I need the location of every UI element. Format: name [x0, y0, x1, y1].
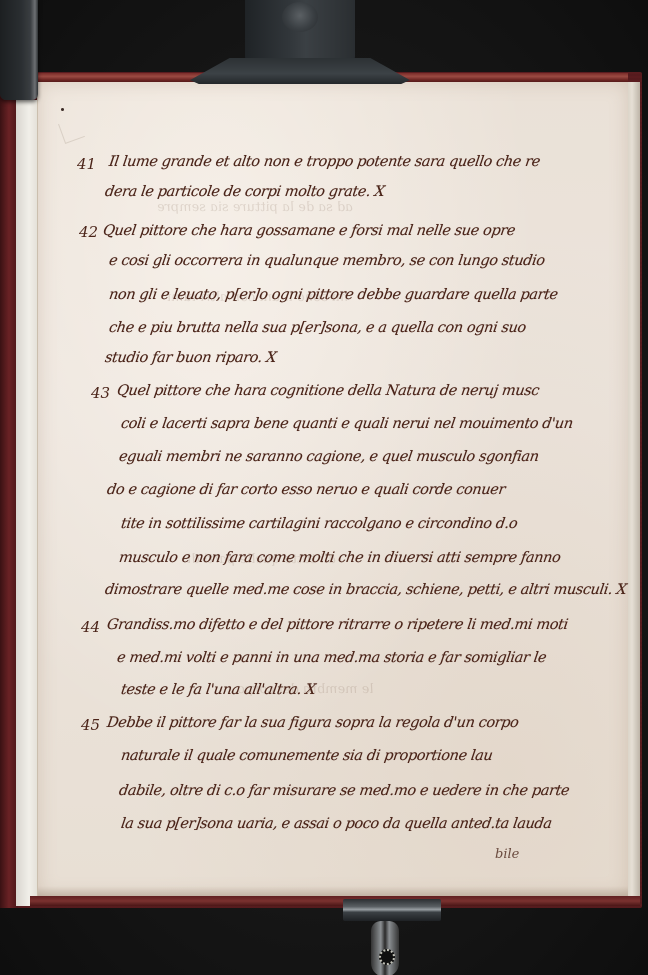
manuscript-line: Quel pittore che hara gossamane e forsi …: [102, 223, 516, 239]
manuscript-line: tite in sottilissime cartilagini raccolg…: [120, 516, 519, 532]
manuscript-line: musculo e non fara come molti che in diu…: [118, 550, 562, 566]
manuscript-line: dimostrare quelle med.me cose in braccia…: [104, 582, 628, 598]
manuscript-line: Il lume grande et alto non e troppo pote…: [108, 154, 541, 170]
manuscript-line: e med.mi volti e panni in una med.ma sto…: [116, 650, 547, 666]
manuscript-line: teste e le fa l'una all'altra. X: [120, 682, 317, 698]
manuscript-line: naturale il quale comunemente sia di pro…: [120, 748, 494, 764]
manuscript-line: che e piu brutta nella sua p[er]sona, e …: [108, 320, 527, 336]
manuscript-line: studio far buon riparo. X: [104, 350, 277, 366]
flyleaf-left-edge: [16, 100, 38, 906]
bottom-page-clip: [343, 899, 441, 975]
faint-corner-mark: [58, 117, 85, 144]
paragraph-number: 42: [79, 223, 98, 241]
manuscript-line: e cosi gli occorrera in qualunque membro…: [108, 253, 546, 269]
manuscript-line: Quel pittore che hara cognitione della N…: [116, 383, 540, 399]
chain-weight: [371, 921, 399, 975]
manuscript-line: eguali membri ne saranno cagione, e quel…: [118, 449, 540, 465]
manuscript-line: dera le particole de corpi molto grate. …: [104, 184, 386, 200]
manuscript-line: do e cagione di far corto esso neruo e q…: [106, 482, 506, 498]
paragraph-number: 43: [91, 384, 110, 402]
paragraph-number: 41: [77, 155, 96, 173]
manuscript-line: coli e lacerti sapra bene quanti e quali…: [120, 416, 574, 432]
clip-knob: [282, 2, 318, 32]
clip-bar: [343, 899, 441, 921]
manuscript-text: ad sa de la pitture sia sempre mi sono l…: [37, 82, 627, 896]
catchword: bile: [495, 847, 519, 862]
manuscript-line: dabile, oltre di c.o far misurare se med…: [118, 783, 570, 799]
manuscript-line: Grandiss.mo difetto e del pittore ritrar…: [106, 617, 569, 633]
left-book-clamp: [0, 0, 38, 100]
show-through-text: ad sa de la pitture sia sempre: [156, 200, 354, 215]
cover-bottom-edge: [30, 896, 640, 906]
manuscript-line: non gli e leuato, p[er]o ogni pittore de…: [108, 287, 559, 303]
top-page-clip: [190, 0, 410, 84]
manuscript-line: Debbe il pittore far la sua figura sopra…: [106, 715, 520, 731]
manuscript-line: la sua p[er]sona uaria, e assai o poco d…: [120, 816, 553, 832]
paragraph-number: 45: [81, 716, 100, 734]
clip-foot: [190, 58, 410, 84]
paragraph-number: 44: [81, 618, 100, 636]
ink-speck: [61, 108, 64, 111]
